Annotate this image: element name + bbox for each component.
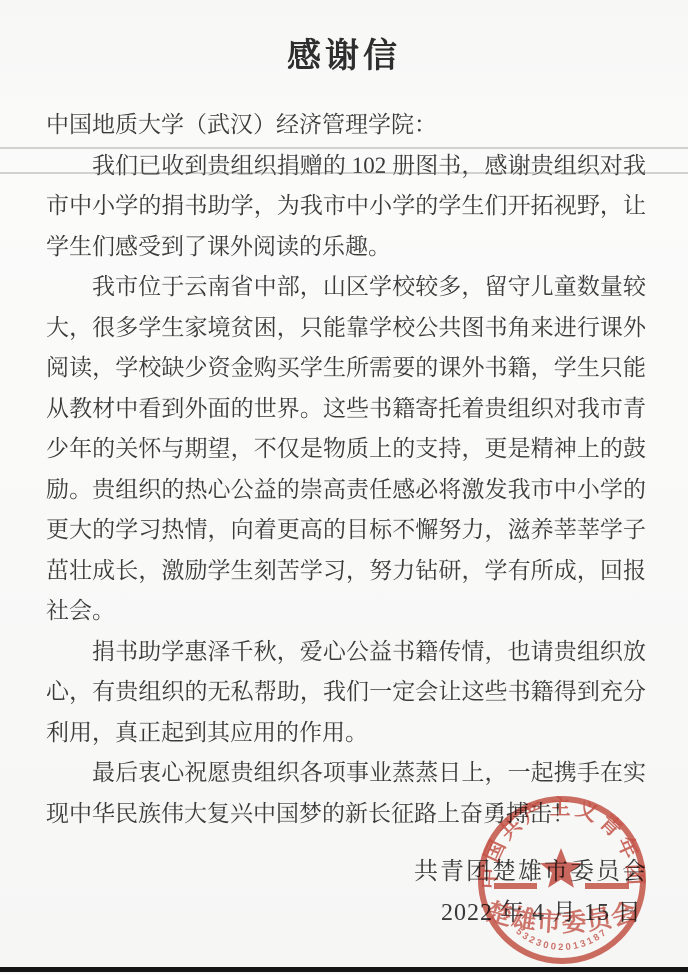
salutation: 中国地质大学（武汉）经济管理学院： <box>46 105 646 146</box>
paragraph-1: 我们已收到贵组织捐赠的 102 册图书，感谢贵组织对我市中小学的捐书助学，为我市… <box>46 146 646 268</box>
letter-title: 感谢信 <box>0 28 688 77</box>
seal-left-bar <box>494 883 537 889</box>
scan-artifact-line <box>0 147 688 149</box>
seal-right-bar <box>585 883 629 889</box>
paragraph-2: 我市位于云南省中部，山区学校较多，留守儿童数量较大，很多学生家境贫困，只能靠学校… <box>46 267 646 632</box>
seal-center-text: 楚雄市委员会 <box>484 897 641 938</box>
official-seal-stamp: 中国共产主义青年团 楚雄市委员会 5323002013187 <box>477 795 647 965</box>
letter-body: 中国地质大学（武汉）经济管理学院： 我们已收到贵组织捐赠的 102 册图书，感谢… <box>46 105 646 834</box>
seal-icon: 中国共产主义青年团 楚雄市委员会 5323002013187 <box>477 795 647 965</box>
bottom-border-bar <box>0 967 688 972</box>
seal-star-icon <box>540 848 582 888</box>
scan-artifact-line <box>0 172 688 174</box>
letter-page: 感谢信 中国地质大学（武汉）经济管理学院： 我们已收到贵组织捐赠的 102 册图… <box>0 0 688 974</box>
paragraph-3: 捐书助学惠泽千秋，爱心公益书籍传情，也请贵组织放心，有贵组织的无私帮助，我们一定… <box>46 632 646 754</box>
